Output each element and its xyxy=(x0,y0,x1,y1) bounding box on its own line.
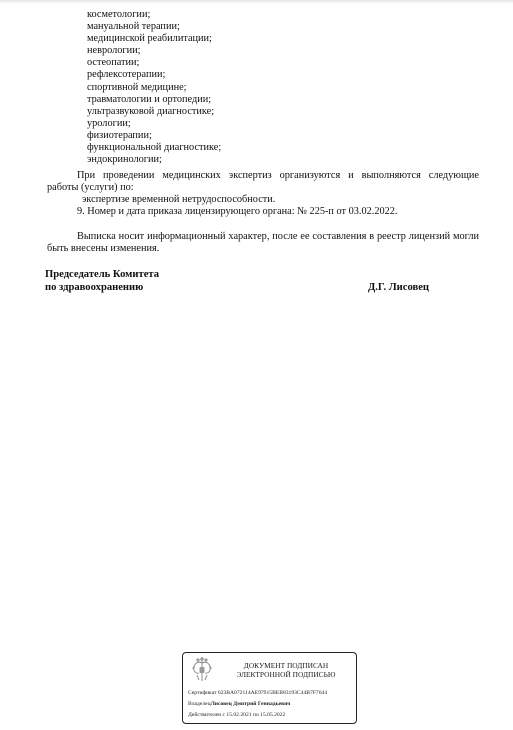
signatory-name: Д.Г. Лисовец xyxy=(368,282,429,295)
validity-line: Действителен с 15.02.2021 по 15.05.2022 xyxy=(188,712,285,719)
notice-paragraph: Выписка носит информационный характер, п… xyxy=(47,231,479,255)
expertise-paragraph-line1: При проведении медицинских экспертиз орг… xyxy=(47,170,479,182)
list-item: косметологии; xyxy=(87,9,221,21)
page-top-edge xyxy=(0,0,513,4)
list-item: медицинской реабилитации; xyxy=(87,33,221,45)
certificate-line: Сертификат 623BA072114AE97915BEB83193C44… xyxy=(188,690,327,697)
order-item: 9. Номер и дата приказа лицензирующего о… xyxy=(77,206,398,218)
owner-value: Лисовец Дмитрий Геннадьевич xyxy=(211,701,291,707)
expertise-paragraph: При проведении медицинских экспертиз орг… xyxy=(47,170,479,194)
list-item: рефлексотерапии; xyxy=(87,69,221,81)
list-item: физиотерапии; xyxy=(87,130,221,142)
list-item: спортивной медицине; xyxy=(87,82,221,94)
expertise-service: экспертизе временной нетрудоспособности. xyxy=(82,194,275,206)
list-item: эндокринологии; xyxy=(87,154,221,166)
specialties-list: косметологии; мануальной терапии; медици… xyxy=(87,9,221,166)
expertise-paragraph-line2: работы (услуги) по: xyxy=(47,182,479,194)
stamp-title-line2: ЭЛЕКТРОННОЙ ПОДПИСЬЮ xyxy=(219,670,353,679)
list-item: урологии; xyxy=(87,118,221,130)
electronic-signature-stamp: ДОКУМЕНТ ПОДПИСАН ЭЛЕКТРОННОЙ ПОДПИСЬЮ С… xyxy=(182,652,357,724)
certificate-value: 623BA072114AE97915BEB83193C44B7F7644 xyxy=(218,690,327,696)
stamp-title-line1: ДОКУМЕНТ ПОДПИСАН xyxy=(219,661,353,670)
signatory-position-line2: по здравоохранению xyxy=(45,282,159,295)
owner-line: ВладелецЛисовец Дмитрий Геннадьевич xyxy=(188,701,290,708)
list-item: остеопатии; xyxy=(87,57,221,69)
signatory-position: Председатель Комитета по здравоохранению xyxy=(45,269,159,295)
owner-label: Владелец xyxy=(188,701,211,707)
certificate-label: Сертификат xyxy=(188,690,216,696)
signatory-position-line1: Председатель Комитета xyxy=(45,269,159,282)
list-item: ультразвуковой диагностике; xyxy=(87,106,221,118)
list-item: неврологии; xyxy=(87,45,221,57)
list-item: травматологии и ортопедии; xyxy=(87,94,221,106)
coat-of-arms-icon xyxy=(191,657,213,683)
list-item: мануальной терапии; xyxy=(87,21,221,33)
list-item: функциональной диагностике; xyxy=(87,142,221,154)
stamp-title: ДОКУМЕНТ ПОДПИСАН ЭЛЕКТРОННОЙ ПОДПИСЬЮ xyxy=(219,661,353,679)
